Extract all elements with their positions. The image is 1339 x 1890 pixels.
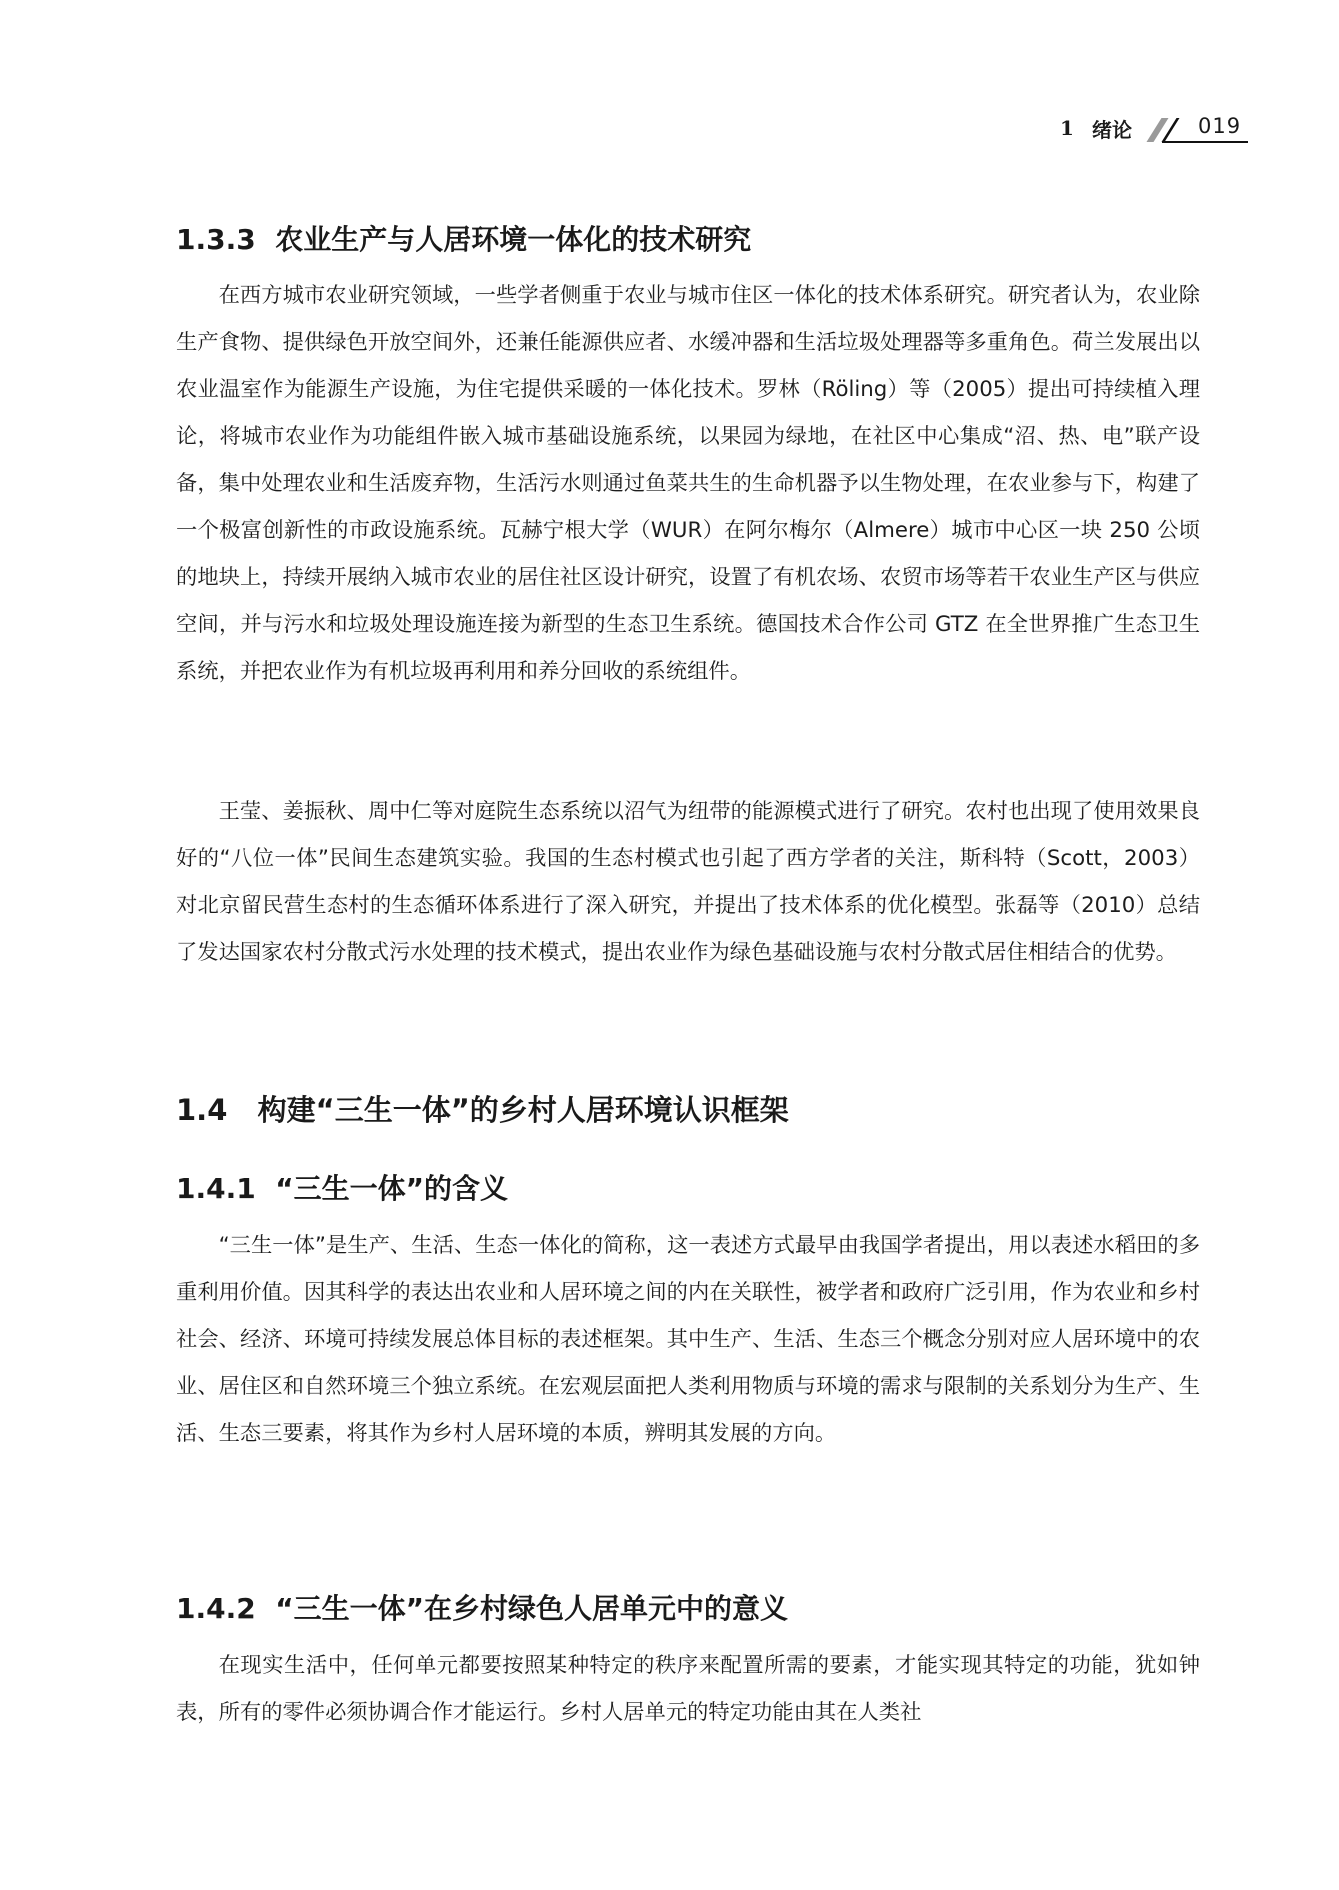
chapter-title: 绪论	[1092, 114, 1132, 143]
paragraph: “三生一体”是生产、生活、生态一体化的简称，这一表述方式最早由我国学者提出，用以…	[176, 1222, 1200, 1457]
section-number: 1.4	[176, 1093, 227, 1127]
running-head: 1 绪论 019	[1050, 112, 1250, 146]
paragraph: 在现实生活中，任何单元都要按照某种特定的秩序来配置所需的要素，才能实现其特定的功…	[176, 1642, 1200, 1736]
header-rule	[1162, 141, 1248, 143]
section-heading-1-4-2: 1.4.2 “三生一体”在乡村绿色人居单元中的意义	[176, 1587, 788, 1627]
section-title: 构建“三生一体”的乡村人居环境认识框架	[258, 1093, 789, 1127]
paragraph: 在西方城市农业研究领域，一些学者侧重于农业与城市住区一体化的技术体系研究。研究者…	[176, 272, 1200, 695]
section-number: 1.4.1	[176, 1172, 256, 1205]
chapter-number: 1	[1060, 116, 1074, 140]
section-title: “三生一体”在乡村绿色人居单元中的意义	[275, 1592, 788, 1625]
section-heading-1-3-3: 1.3.3 农业生产与人居环境一体化的技术研究	[176, 218, 751, 258]
section-heading-1-4: 1.4 构建“三生一体”的乡村人居环境认识框架	[176, 1088, 789, 1129]
section-number: 1.3.3	[176, 223, 256, 256]
book-page: 1 绪论 019 1.3.3 农业生产与人居环境一体化的技术研究 在西方城市农业…	[0, 0, 1339, 1890]
page-number: 019	[1198, 114, 1241, 138]
section-number: 1.4.2	[176, 1592, 256, 1625]
paragraph: 王莹、姜振秋、周中仁等对庭院生态系统以沼气为纽带的能源模式进行了研究。农村也出现…	[176, 788, 1200, 976]
section-title: 农业生产与人居环境一体化的技术研究	[275, 223, 751, 256]
section-heading-1-4-1: 1.4.1 “三生一体”的含义	[176, 1167, 508, 1207]
section-title: “三生一体”的含义	[275, 1172, 508, 1205]
